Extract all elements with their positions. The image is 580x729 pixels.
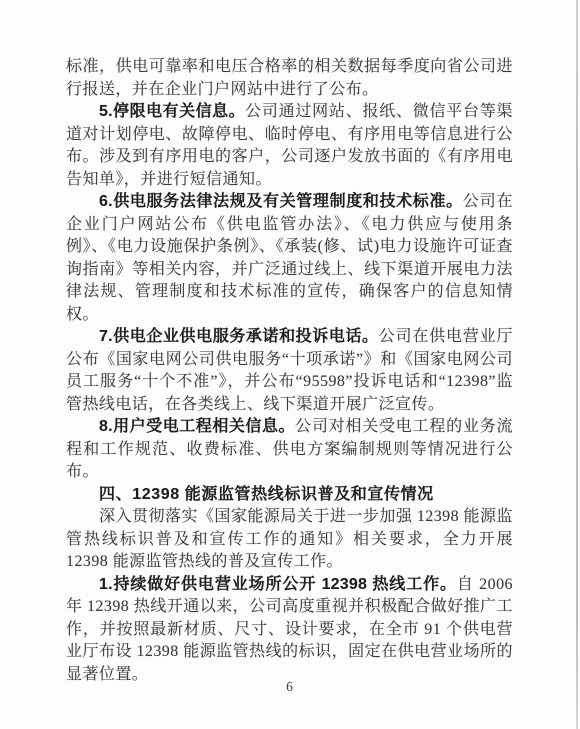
paragraph-lead: 1.持续做好供电营业场所公开 12398 热线工作。 xyxy=(99,576,457,593)
paragraph: 7.供电企业供电服务承诺和投诉电话。公司在供电营业厅公布《国家电网公司供电服务“… xyxy=(66,326,513,416)
paragraph-lead: 6.供电服务法律法规及有关管理制度和技术标准。 xyxy=(99,193,463,210)
paragraph: 1.持续做好供电营业场所公开 12398 热线工作。自 2006 年 12398… xyxy=(66,574,513,687)
paragraph: 标准，供电可靠率和电压合格率的相关数据每季度向省公司进行报送，并在企业门户网站中… xyxy=(66,56,513,101)
scanned-document-page: 标准，供电可靠率和电压合格率的相关数据每季度向省公司进行报送，并在企业门户网站中… xyxy=(0,0,580,729)
page-number: 6 xyxy=(0,679,580,695)
document-body: 标准，供电可靠率和电压合格率的相关数据每季度向省公司进行报送，并在企业门户网站中… xyxy=(66,56,513,686)
paragraph-lead: 7.供电企业供电服务承诺和投诉电话。 xyxy=(99,328,379,345)
scan-edge-line xyxy=(576,0,578,729)
paragraph: 6.供电服务法律法规及有关管理制度和技术标准。公司在企业门户网站公布《供电监管办… xyxy=(66,191,513,326)
section-heading: 四、12398 能源监管热线标识普及和宣传情况 xyxy=(66,484,513,507)
paragraph-lead: 5.停限电有关信息。 xyxy=(99,103,245,120)
paragraph: 深入贯彻落实《国家能源局关于进一步加强 12398 能源监管热线标识普及和宣传工… xyxy=(66,506,513,574)
paragraph: 5.停限电有关信息。公司通过网站、报纸、微信平台等渠道对计划停电、故障停电、临时… xyxy=(66,101,513,191)
paragraph-lead: 8.用户受电工程相关信息。 xyxy=(99,418,295,435)
paragraph: 8.用户受电工程相关信息。公司对相关受电工程的业务流程和工作规范、收费标准、供电… xyxy=(66,416,513,484)
